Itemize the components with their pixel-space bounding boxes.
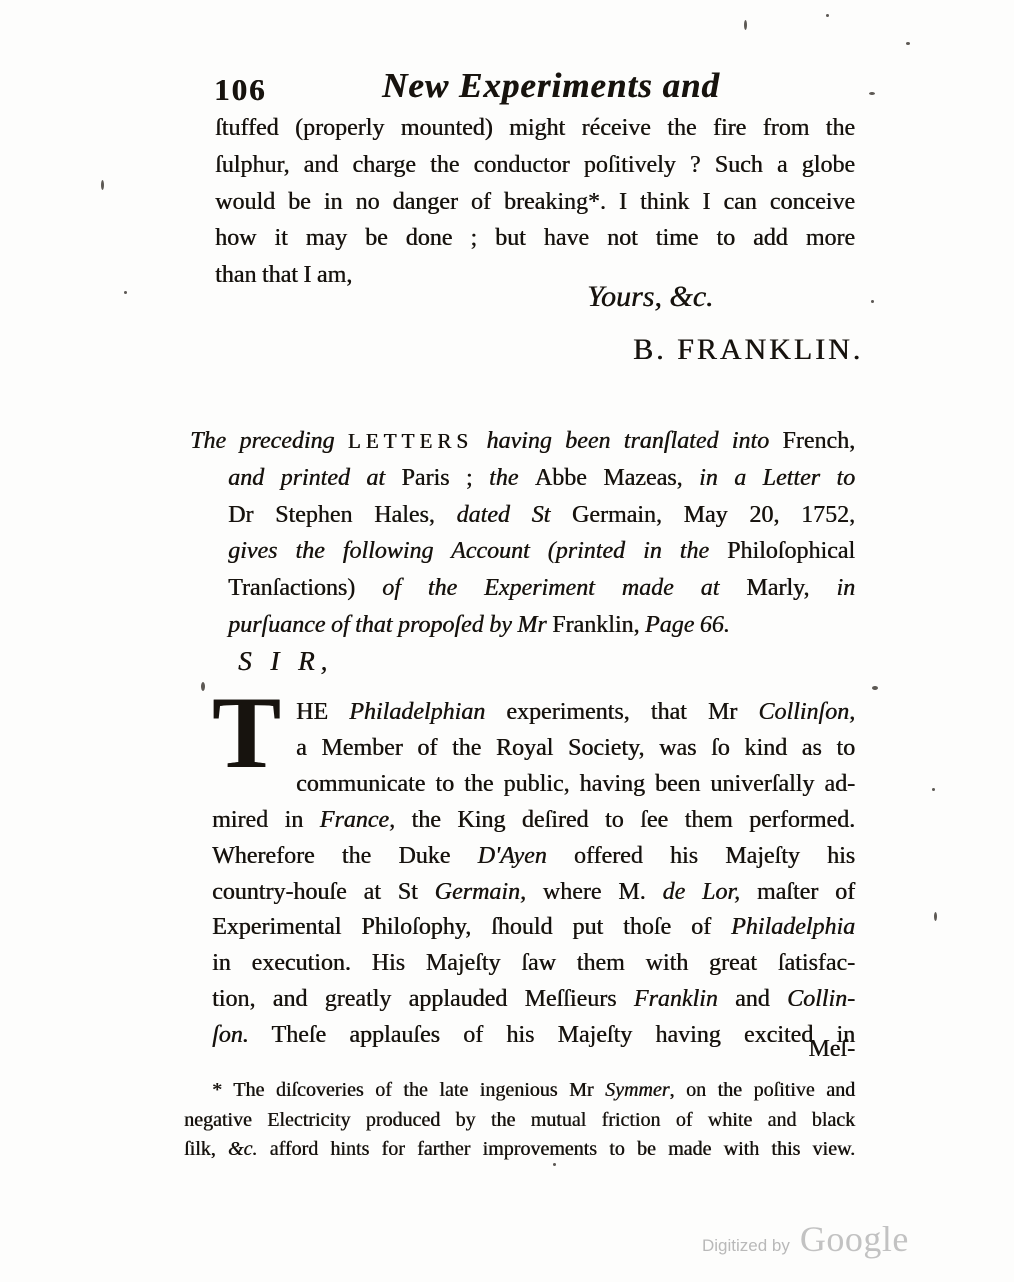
ink-speck (553, 1163, 556, 1166)
footnote: * The diſcoveries of the late ingenious … (184, 1076, 855, 1165)
catchword: Meſ- (212, 1036, 855, 1063)
ink-speck (744, 20, 747, 30)
valediction: Yours, &c. (587, 280, 713, 314)
page-number: 106 (214, 72, 267, 108)
letter-body-paragraph: T HE Philadelphian experiments, that Mr … (212, 695, 855, 1054)
salutation: S I R, (238, 646, 333, 677)
google-watermark: Digitized by Google (702, 1218, 909, 1260)
ink-speck (124, 291, 127, 294)
letter-body-lines: HE Philadelphian experiments, that Mr Co… (212, 695, 855, 1054)
google-logo: Google (800, 1218, 909, 1260)
letter-closing-paragraph: ſtuffed (properly mounted) might réceive… (215, 110, 855, 294)
ink-speck (932, 788, 935, 791)
ink-speck (872, 686, 878, 690)
ink-speck (101, 180, 104, 190)
ink-speck (906, 42, 910, 45)
digitized-by-label: Digitized by (702, 1236, 790, 1256)
signature: B. FRANKLIN. (633, 333, 863, 367)
ink-speck (201, 682, 205, 691)
running-title: New Experiments and (382, 66, 720, 106)
editorial-preface-paragraph: The preceding LETTERS having been tranſl… (190, 423, 855, 644)
ink-speck (871, 300, 874, 303)
scanned-book-page: 106 New Experiments and ſtuffed (properl… (0, 0, 1014, 1282)
ink-speck (826, 14, 829, 17)
ink-speck (934, 912, 937, 921)
drop-cap-letter: T (212, 698, 288, 770)
ink-speck (869, 92, 875, 95)
